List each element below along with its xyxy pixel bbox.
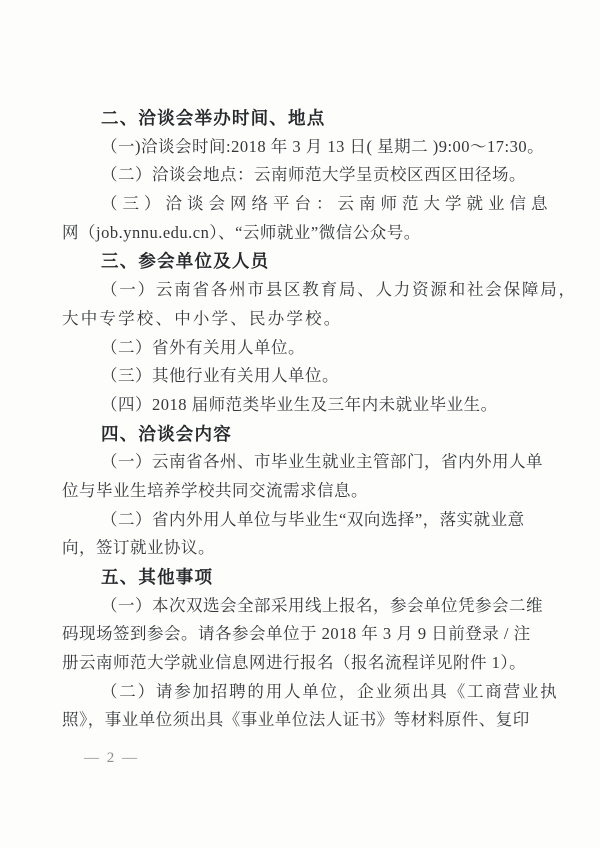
doc-line: 向，签订就业协议。 xyxy=(62,534,540,563)
doc-line: （一）云南省各州、市毕业生就业主管部门，省内外用人单 xyxy=(62,448,540,477)
section-heading-meeting-time-place: 二、洽谈会举办时间、地点 xyxy=(62,104,540,133)
doc-line: （一)洽谈会时间:2018 年 3 月 13 日( 星期二 )9:00～17:3… xyxy=(62,133,540,162)
section-heading-other-matters: 五、其他事项 xyxy=(62,563,540,592)
section-heading-meeting-content: 四、洽谈会内容 xyxy=(62,420,540,449)
doc-line: 照》，事业单位须出具《事业单位法人证书》等材料原件、复印 xyxy=(62,706,540,735)
doc-line: （三）洽谈会网络平台：云南师范大学就业信息 xyxy=(62,190,540,219)
doc-line: 码现场签到参会。请各参会单位于 2018 年 3 月 9 日前登录 / 注 xyxy=(62,620,540,649)
document-body: 二、洽谈会举办时间、地点 （一)洽谈会时间:2018 年 3 月 13 日( 星… xyxy=(62,104,540,735)
scanned-document-page: 二、洽谈会举办时间、地点 （一)洽谈会时间:2018 年 3 月 13 日( 星… xyxy=(0,0,600,848)
doc-line: 位与毕业生培养学校共同交流需求信息。 xyxy=(62,477,540,506)
doc-line: （二）省内外用人单位与毕业生“双向选择”，落实就业意 xyxy=(62,506,540,535)
doc-line: （三）其他行业有关用人单位。 xyxy=(62,362,540,391)
doc-line: 册云南师范大学就业信息网进行报名（报名流程详见附件 1）。 xyxy=(62,649,540,678)
doc-line: （四）2018 届师范类毕业生及三年内未就业毕业生。 xyxy=(62,391,540,420)
doc-line: 大中专学校、中小学、民办学校。 xyxy=(62,305,540,334)
doc-line: （二）省外有关用人单位。 xyxy=(62,334,540,363)
doc-line: 网（job.ynnu.edu.cn）、“云师就业”微信公众号。 xyxy=(62,219,540,248)
doc-line: （一）本次双选会全部采用线上报名，参会单位凭参会二维 xyxy=(62,592,540,621)
doc-line: （二）洽谈会地点：云南师范大学呈贡校区西区田径场。 xyxy=(62,161,540,190)
section-heading-participants: 三、参会单位及人员 xyxy=(62,247,540,276)
page-number: — 2 — xyxy=(84,748,139,768)
doc-line: （二）请参加招聘的用人单位，企业须出具《工商营业执 xyxy=(62,678,540,707)
doc-line: （一）云南省各州市县区教育局、人力资源和社会保障局， xyxy=(62,276,540,305)
